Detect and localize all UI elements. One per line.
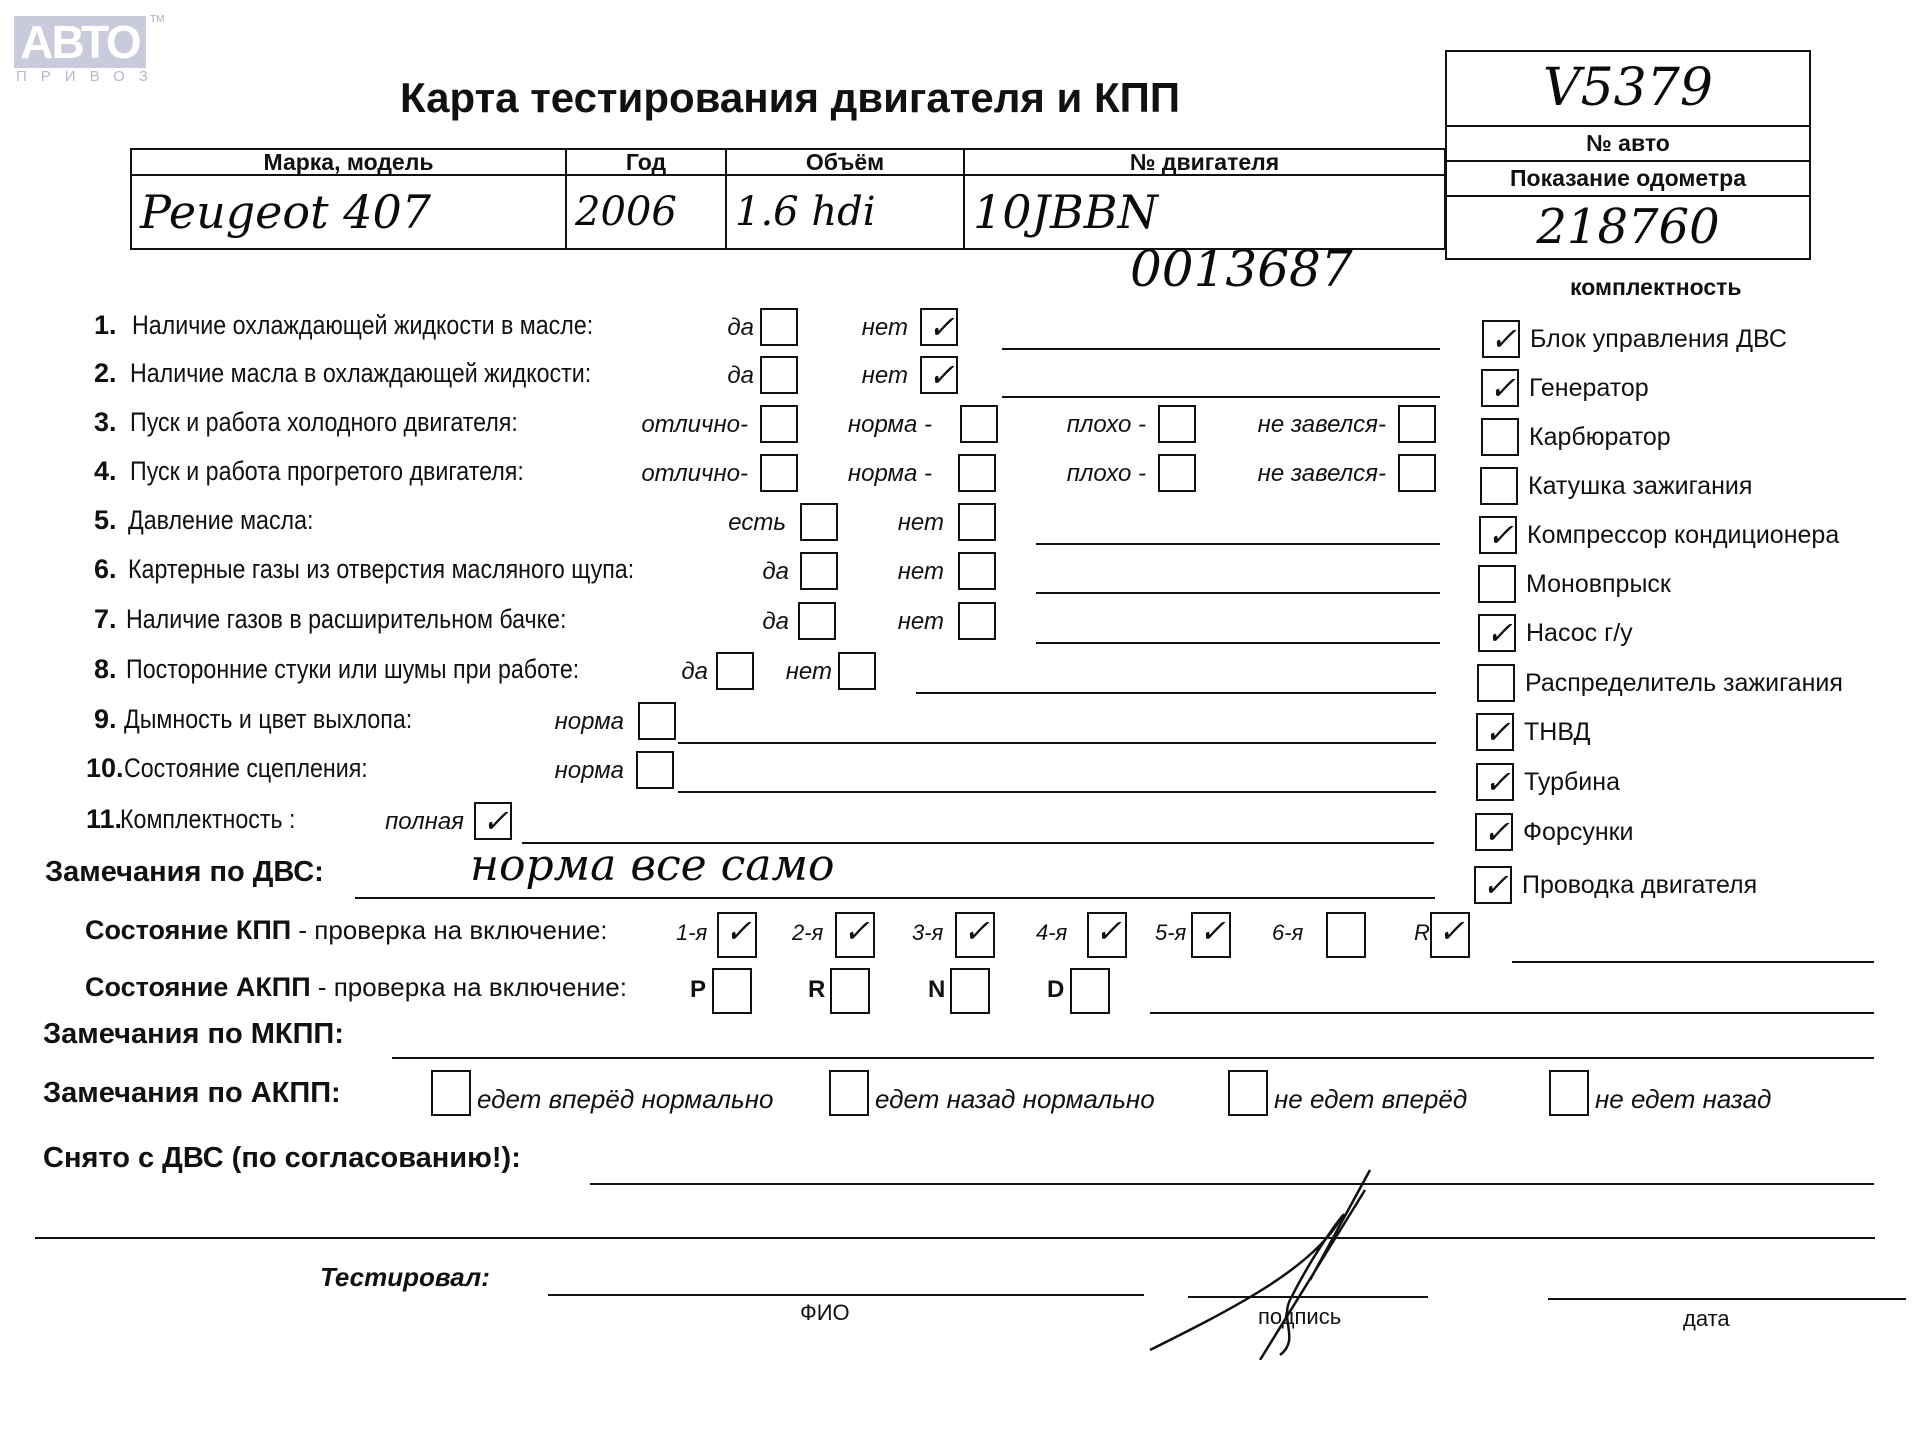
option-checkbox[interactable]: ✓ [474, 802, 512, 840]
gear-label: R [808, 976, 825, 1004]
col-header-make-model: Марка, модель [131, 149, 566, 175]
checklist-label: Давление масла: [128, 505, 313, 536]
notes-line[interactable] [522, 842, 1434, 844]
option-checkbox[interactable] [716, 652, 754, 690]
gear-label: R [1414, 920, 1430, 946]
kit-checkbox[interactable] [1480, 467, 1518, 505]
option-label: нет [786, 658, 832, 686]
kit-checkbox[interactable] [1477, 664, 1515, 702]
row-number: 10. [86, 753, 124, 784]
gear-label: D [1047, 976, 1064, 1004]
row-number: 4. [94, 456, 117, 487]
option-label: да [727, 314, 754, 342]
option-label: отлично- [641, 460, 748, 488]
date-line[interactable] [1548, 1298, 1906, 1300]
notes-line[interactable] [1036, 592, 1440, 594]
option-checkbox[interactable] [1158, 454, 1196, 492]
option-label: отлично- [641, 411, 748, 439]
kit-checkbox[interactable]: ✓ [1474, 866, 1512, 904]
option-label: нет [898, 608, 944, 636]
option-label: норма - [848, 460, 932, 488]
option-checkbox[interactable]: ✓ [920, 308, 958, 346]
gear-label: P [690, 976, 706, 1004]
row-number: 6. [94, 554, 117, 585]
gear-checkbox[interactable]: ✓ [1087, 912, 1127, 958]
option-checkbox[interactable] [958, 602, 996, 640]
odometer-field[interactable]: 218760 [1447, 197, 1809, 258]
manual-remarks-line [392, 1057, 1874, 1059]
kit-item-label: Катушка зажигания [1528, 472, 1752, 501]
option-checkbox[interactable] [760, 454, 798, 492]
kit-item-label: Карбюратор [1529, 423, 1671, 452]
kit-checkbox[interactable]: ✓ [1478, 614, 1516, 652]
option-checkbox[interactable] [636, 751, 674, 789]
option-label: да [762, 608, 789, 636]
manual-gearbox-line [1512, 961, 1874, 963]
option-label: не завелся- [1258, 411, 1386, 439]
option-label: полная [385, 808, 464, 836]
option-label: нет [898, 558, 944, 586]
make-model-field[interactable]: Peugeot 407 [131, 175, 566, 249]
row-number: 5. [94, 505, 117, 536]
auto-remark-label: едет вперёд нормально [477, 1084, 773, 1115]
gear-checkbox[interactable] [1070, 968, 1110, 1014]
gear-checkbox[interactable] [830, 968, 870, 1014]
name-line[interactable] [548, 1294, 1144, 1296]
gear-checkbox[interactable] [712, 968, 752, 1014]
option-label: есть [728, 509, 786, 537]
kit-checkbox[interactable]: ✓ [1482, 320, 1520, 358]
date-caption: дата [1683, 1306, 1730, 1332]
auto-gearbox-label-bold: Состояние АКПП [85, 972, 311, 1002]
option-label: норма - [848, 411, 932, 439]
option-label: да [727, 362, 754, 390]
option-checkbox[interactable] [1158, 405, 1196, 443]
car-number-label: № авто [1447, 127, 1809, 162]
car-info-box: V5379 № авто Показание одометра 218760 [1445, 50, 1811, 260]
kit-item-label: Форсунки [1523, 818, 1634, 847]
logo-trademark: TM [150, 14, 164, 25]
notes-line[interactable] [1036, 642, 1440, 644]
kit-item-label: Распределитель зажигания [1525, 669, 1843, 698]
col-header-volume: Объём [726, 149, 964, 175]
checklist-label: Дымность и цвет выхлопа: [124, 704, 412, 735]
row-number: 1. [94, 310, 117, 341]
option-label: норма [555, 708, 624, 736]
signature-scribble [1110, 1160, 1390, 1360]
manual-gearbox-label-bold: Состояние КПП [85, 915, 291, 945]
option-label: да [681, 658, 708, 686]
car-number-field[interactable]: V5379 [1447, 52, 1809, 127]
auto-remark-checkbox[interactable] [1549, 1070, 1589, 1116]
engine-remarks-label: Замечания по ДВС: [45, 856, 324, 889]
gear-checkbox[interactable]: ✓ [1191, 912, 1231, 958]
gear-checkbox[interactable] [950, 968, 990, 1014]
row-number: 9. [94, 704, 117, 735]
option-checkbox[interactable] [760, 308, 798, 346]
auto-gearbox-label: Состояние АКПП - проверка на включение: [85, 972, 627, 1003]
vehicle-info-table: Марка, модель Год Объём № двигателя Peug… [130, 148, 1446, 250]
year-field[interactable]: 2006 [566, 175, 726, 249]
row-number: 2. [94, 358, 117, 389]
engine-number-extra: 0013687 [1130, 240, 1353, 298]
notes-line[interactable] [916, 692, 1436, 694]
notes-line[interactable] [1002, 396, 1440, 398]
checklist-label: Комплектность : [120, 804, 295, 835]
row-number: 11. [86, 804, 122, 835]
kit-item-label: Турбина [1524, 768, 1620, 797]
notes-line[interactable] [1002, 348, 1440, 350]
checklist-label: Посторонние стуки или шумы при работе: [126, 654, 579, 685]
checklist-label: Пуск и работа прогретого двигателя: [130, 456, 524, 487]
row-number: 3. [94, 407, 117, 438]
manual-remarks-label: Замечания по МКПП: [43, 1018, 344, 1051]
engine-remarks-line [355, 897, 1435, 899]
auto-remarks-label: Замечания по АКПП: [43, 1077, 341, 1110]
col-header-year: Год [566, 149, 726, 175]
row-number: 8. [94, 654, 117, 685]
option-checkbox[interactable] [760, 405, 798, 443]
kit-item-label: ТНВД [1524, 718, 1590, 747]
kit-item-label: Моновпрыск [1526, 570, 1671, 599]
kit-checkbox[interactable]: ✓ [1479, 516, 1517, 554]
volume-field[interactable]: 1.6 hdi [726, 175, 964, 249]
option-checkbox[interactable] [760, 356, 798, 394]
option-label: не завелся- [1258, 460, 1386, 488]
gear-label: 2-я [792, 920, 823, 946]
page-title: Карта тестирования двигателя и КПП [400, 74, 1180, 122]
kit-title: комплектность [1570, 274, 1742, 301]
kit-checkbox[interactable]: ✓ [1481, 369, 1519, 407]
gear-checkbox[interactable]: ✓ [717, 912, 757, 958]
gear-checkbox[interactable]: ✓ [1430, 912, 1470, 958]
auto-remark-checkbox[interactable] [829, 1070, 869, 1116]
auto-remark-label: не едет вперёд [1274, 1084, 1467, 1115]
gear-checkbox[interactable] [1326, 912, 1366, 958]
kit-item-label: Компрессор кондиционера [1527, 521, 1839, 550]
removed-label: Снято с ДВС (по согласованию!): [43, 1142, 521, 1175]
option-checkbox[interactable] [800, 552, 838, 590]
option-checkbox[interactable]: ✓ [920, 356, 958, 394]
option-checkbox[interactable] [958, 503, 996, 541]
option-label: нет [898, 509, 944, 537]
gear-label: 5-я [1155, 920, 1186, 946]
brand-logo: АВТО [14, 16, 146, 68]
option-checkbox[interactable] [958, 454, 996, 492]
gear-checkbox[interactable]: ✓ [955, 912, 995, 958]
auto-gearbox-label-rest: - проверка на включение: [311, 972, 627, 1002]
col-header-engine-number: № двигателя [964, 149, 1445, 175]
auto-remark-checkbox[interactable] [1228, 1070, 1268, 1116]
checklist-label: Картерные газы из отверстия масляного щу… [128, 554, 634, 585]
kit-checkbox[interactable] [1481, 418, 1519, 456]
option-checkbox[interactable] [838, 652, 876, 690]
engine-number-field[interactable]: 10JBBN [964, 175, 1445, 249]
gear-label: 4-я [1036, 920, 1067, 946]
notes-line[interactable] [678, 791, 1436, 793]
name-caption: ФИО [800, 1300, 850, 1326]
option-checkbox[interactable] [1398, 405, 1436, 443]
gear-label: 6-я [1272, 920, 1303, 946]
kit-item-label: Генератор [1529, 374, 1649, 403]
checklist-label: Наличие охлаждающей жидкости в масле: [132, 310, 593, 341]
checklist-label: Наличие газов в расширительном бачке: [126, 604, 566, 635]
checklist-label: Пуск и работа холодного двигателя: [130, 407, 518, 438]
kit-item-label: Насос г/у [1526, 619, 1633, 648]
notes-line[interactable] [678, 742, 1436, 744]
checklist-label: Состояние сцепления: [124, 753, 368, 784]
logo-subtitle: ПРИВОЗ [16, 68, 162, 85]
kit-item-label: Блок управления ДВС [1530, 325, 1787, 354]
gear-checkbox[interactable]: ✓ [835, 912, 875, 958]
kit-checkbox[interactable]: ✓ [1476, 713, 1514, 751]
tested-by-label: Тестировал: [320, 1262, 490, 1293]
auto-remark-label: не едет назад [1595, 1084, 1771, 1115]
manual-gearbox-label: Состояние КПП - проверка на включение: [85, 915, 608, 946]
manual-gearbox-label-rest: - проверка на включение: [291, 915, 607, 945]
option-checkbox[interactable] [800, 503, 838, 541]
kit-item-label: Проводка двигателя [1522, 871, 1757, 900]
kit-checkbox[interactable] [1478, 565, 1516, 603]
option-checkbox[interactable] [958, 552, 996, 590]
kit-checkbox[interactable]: ✓ [1476, 763, 1514, 801]
gear-label: N [928, 976, 945, 1004]
option-checkbox[interactable] [960, 405, 998, 443]
engine-remarks-field[interactable]: норма все само [470, 840, 834, 891]
checklist-label: Наличие масла в охлаждающей жидкости: [130, 358, 591, 389]
odometer-label: Показание одометра [1447, 162, 1809, 197]
option-checkbox[interactable] [638, 702, 676, 740]
gear-label: 1-я [676, 920, 707, 946]
kit-checkbox[interactable]: ✓ [1475, 813, 1513, 851]
option-label: да [762, 558, 789, 586]
option-checkbox[interactable] [798, 602, 836, 640]
auto-remark-label: едет назад нормально [875, 1084, 1155, 1115]
option-label: плохо - [1067, 460, 1146, 488]
option-label: нет [862, 314, 908, 342]
auto-remark-checkbox[interactable] [431, 1070, 471, 1116]
option-label: нет [862, 362, 908, 390]
removed-line-2 [35, 1237, 1875, 1239]
option-label: плохо - [1067, 411, 1146, 439]
notes-line[interactable] [1036, 543, 1440, 545]
row-number: 7. [94, 604, 117, 635]
option-label: норма [555, 757, 624, 785]
gear-label: 3-я [912, 920, 943, 946]
option-checkbox[interactable] [1398, 454, 1436, 492]
auto-gearbox-line [1150, 1012, 1874, 1014]
